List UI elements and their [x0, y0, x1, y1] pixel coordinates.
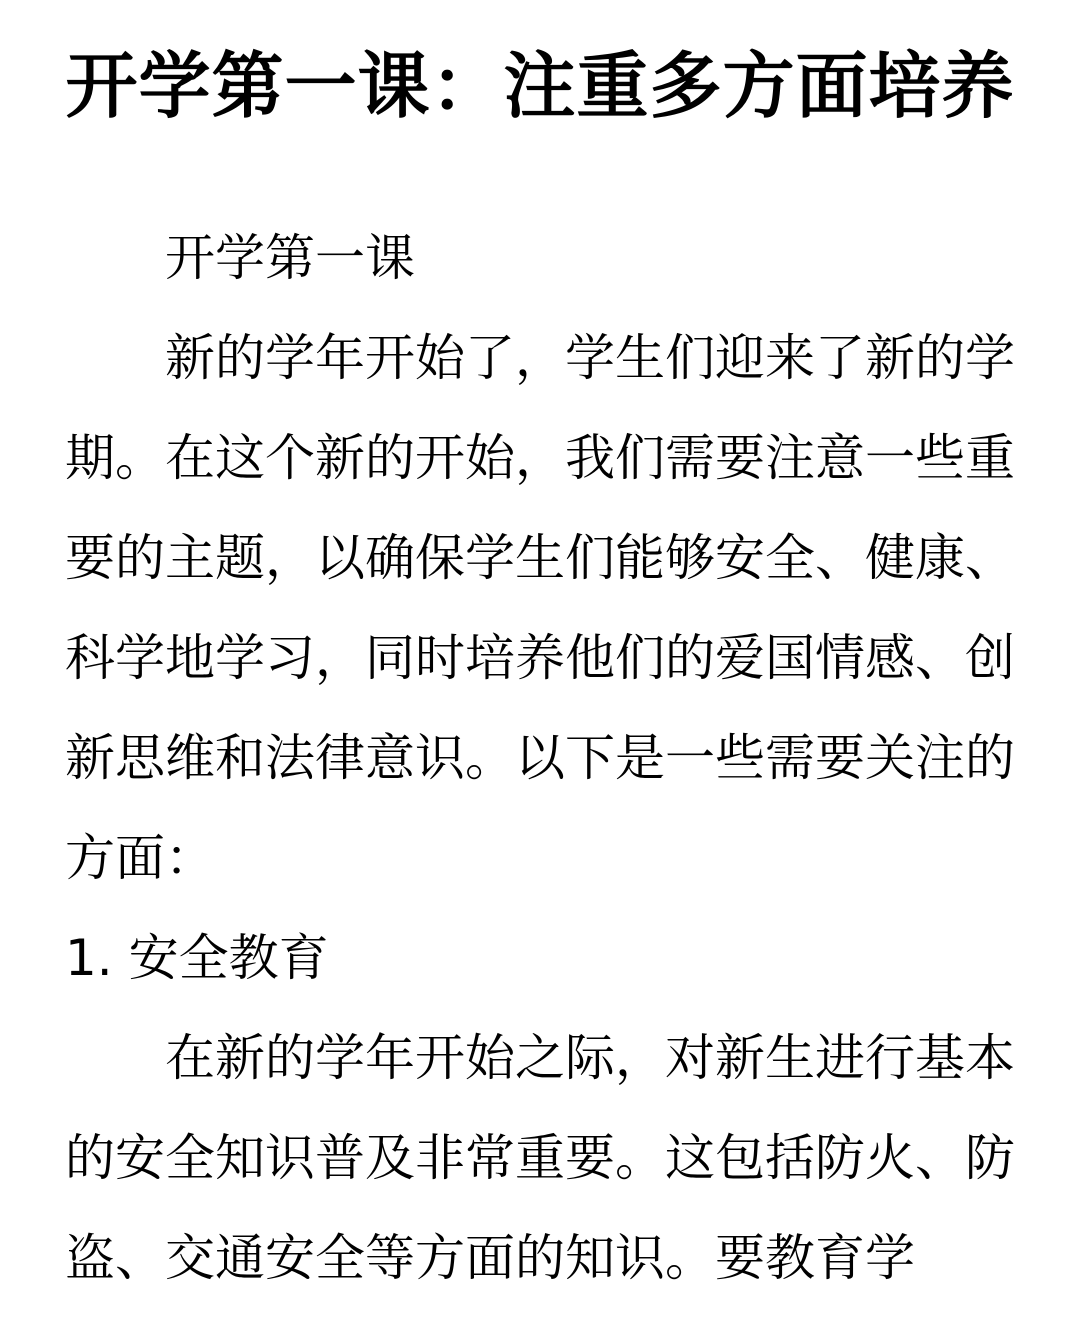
document-title: 开学第一课：注重多方面培养 [0, 0, 1080, 160]
paragraph-intro: 新的学年开始了，学生们迎来了新的学期。在这个新的开始，我们需要注意一些重要的主题… [65, 308, 1015, 908]
paragraph-subtitle: 开学第一课 [65, 208, 1015, 308]
document-body: 开学第一课 新的学年开始了，学生们迎来了新的学期。在这个新的开始，我们需要注意一… [0, 208, 1080, 1308]
section-1-heading: 1. 安全教育 [65, 908, 1015, 1008]
section-1-body: 在新的学年开始之际，对新生进行基本的安全知识普及非常重要。这包括防火、防盗、交通… [65, 1008, 1015, 1308]
document-page: 开学第一课：注重多方面培养 开学第一课 新的学年开始了，学生们迎来了新的学期。在… [0, 0, 1080, 1335]
